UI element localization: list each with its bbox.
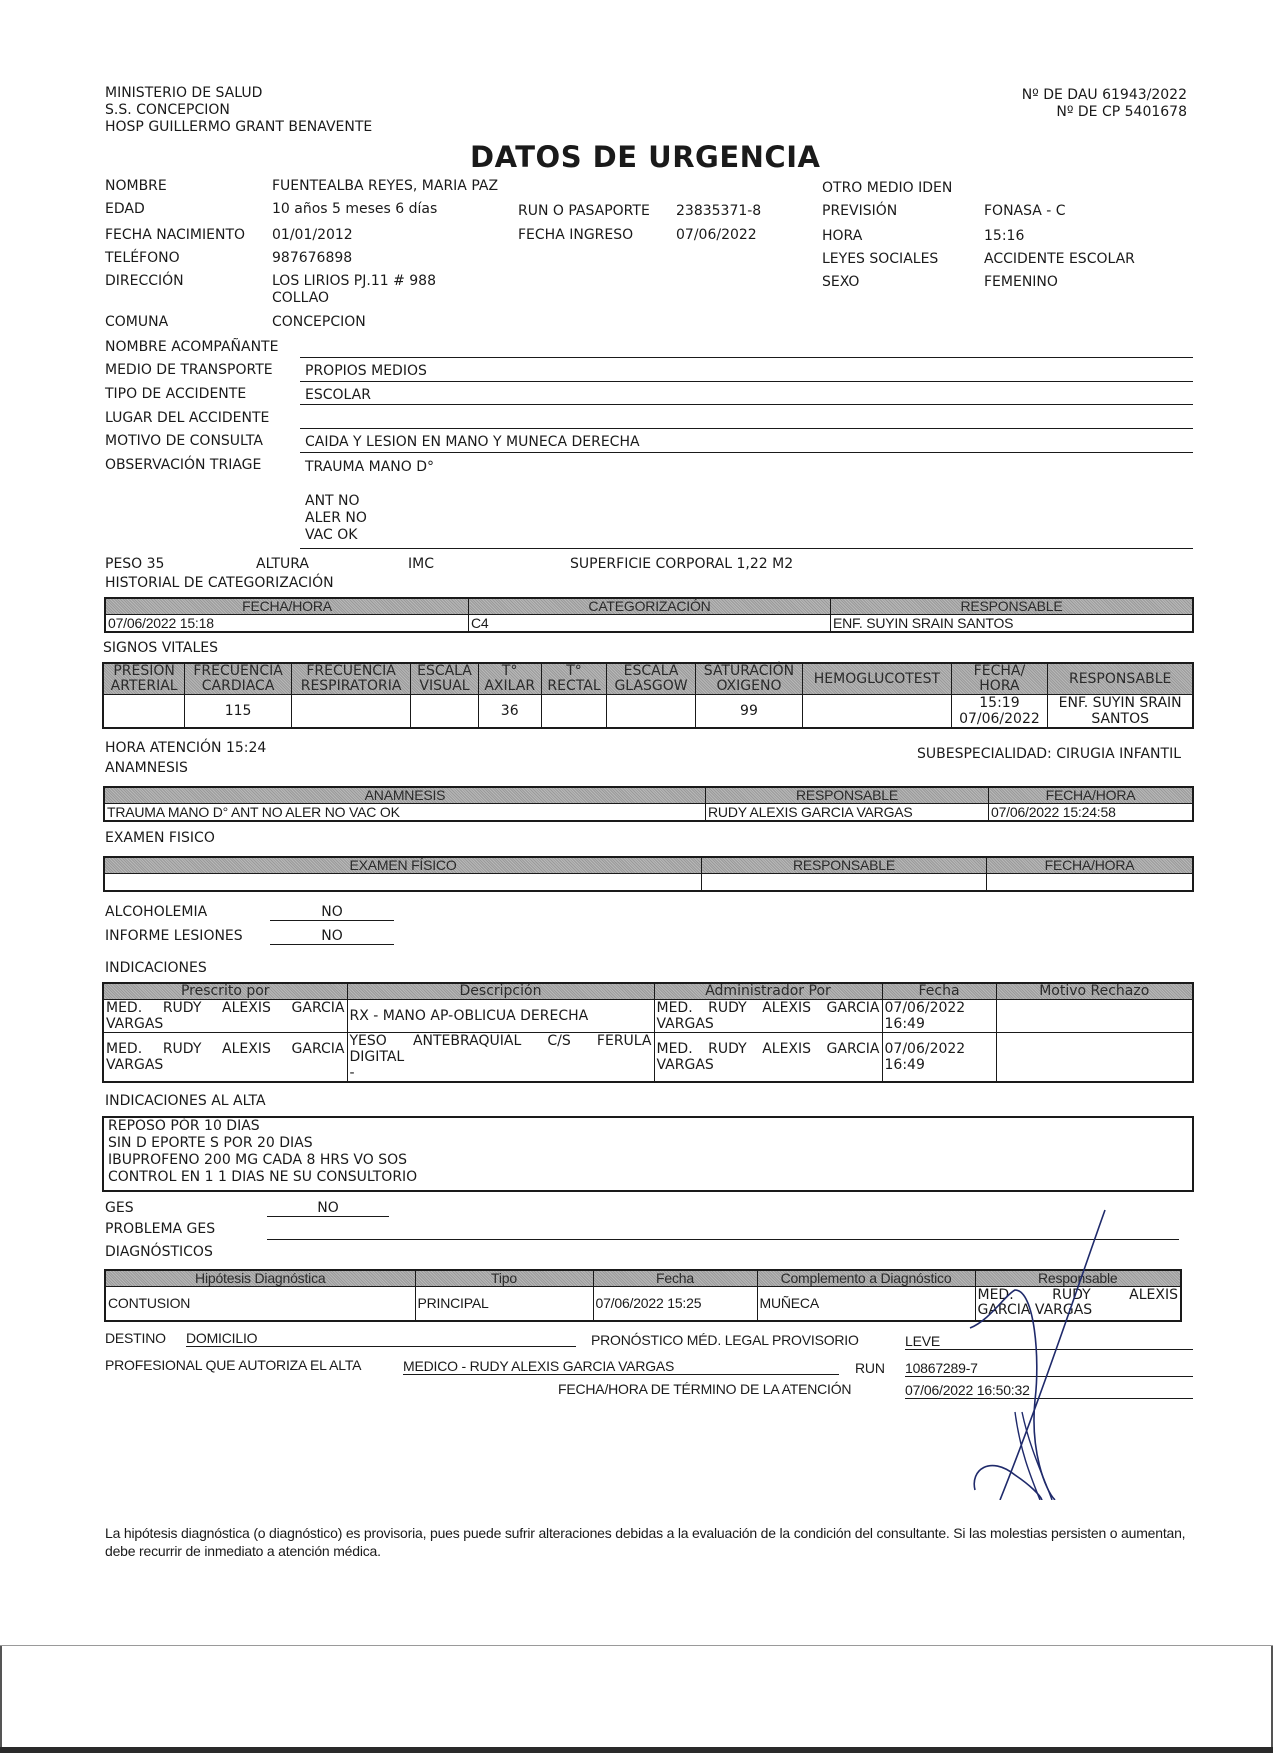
value-nombre: FUENTEALBA REYES, MARIA PAZ xyxy=(272,178,498,194)
vitals-cell xyxy=(541,695,607,729)
col-fecha: Fecha xyxy=(593,1270,757,1287)
vitals-col-header: RESPONSABLE xyxy=(1048,663,1193,695)
col-categorizacion: CATEGORIZACIÓN xyxy=(469,598,831,615)
ministry-name: MINISTERIO DE SALUD xyxy=(105,85,372,102)
document-numbers: Nº DE DAU 61943/2022 Nº DE CP 5401678 xyxy=(1022,87,1187,121)
examen-title: EXAMEN FISICO xyxy=(105,830,215,846)
disclaimer: La hipótesis diagnóstica (o diagnóstico)… xyxy=(105,1524,1190,1560)
value-triage: TRAUMA MANO D° ANT NO ALER NO VAC OK xyxy=(305,459,434,544)
value-hora: 15:16 xyxy=(984,228,1024,244)
label-telefono: TELÉFONO xyxy=(105,250,180,266)
transporte-line xyxy=(300,381,1193,382)
label-motivo: MOTIVO DE CONSULTA xyxy=(105,433,263,449)
cell-examen xyxy=(104,874,702,892)
diagnosticos-title: DIAGNÓSTICOS xyxy=(105,1244,213,1260)
col-descripcion: Descripción xyxy=(347,983,654,1000)
vitals-title: SIGNOS VITALES xyxy=(103,640,218,656)
alta-line: SIN D EPORTE S POR 20 DIAS xyxy=(108,1135,1188,1152)
vitals-col-header: ESCALAVISUAL xyxy=(411,663,479,695)
vitals-col-header: PRESIONARTERIAL xyxy=(103,663,185,695)
lugar-line xyxy=(300,428,1193,429)
col-fecha-hora: FECHA/HORA xyxy=(989,787,1194,804)
health-service-name: S.S. CONCEPCION xyxy=(105,102,372,119)
indicaciones-table: Prescrito por Descripción Administrador … xyxy=(102,982,1194,1083)
value-motivo: CAIDA Y LESION EN MANO Y MUNECA DERECHA xyxy=(305,434,640,450)
value-direccion: LOS LIRIOS PJ.11 # 988 COLLAO xyxy=(272,273,436,307)
cell-tipo: PRINCIPAL xyxy=(415,1287,593,1321)
motivo-line xyxy=(300,452,1193,453)
col-responsable: RESPONSABLE xyxy=(831,598,1194,615)
cell-categorizacion: C4 xyxy=(469,615,831,633)
vitals-col-header: ESCALAGLASGOW xyxy=(607,663,695,695)
label-profesional: PROFESIONAL QUE AUTORIZA EL ALTA xyxy=(105,1357,361,1373)
hora-atencion: HORA ATENCIÓN 15:24 xyxy=(105,740,266,756)
label-tipo-accidente: TIPO DE ACCIDENTE xyxy=(105,386,246,402)
value-comuna: CONCEPCION xyxy=(272,314,366,330)
indicaciones-title: INDICACIONES xyxy=(105,960,207,976)
vitals-cell: ENF. SUYIN SRAINSANTOS xyxy=(1048,695,1193,729)
vitals-cell: 99 xyxy=(695,695,803,729)
value-leyes-sociales: ACCIDENTE ESCOLAR xyxy=(984,251,1135,267)
vitals-cell: 36 xyxy=(478,695,541,729)
label-run: RUN O PASAPORTE xyxy=(518,203,650,219)
col-responsable: Responsable xyxy=(975,1270,1181,1287)
alta-line: CONTROL EN 1 1 DIAS NE SU CONSULTORIO xyxy=(108,1169,1188,1186)
value-informe-lesiones: NO xyxy=(270,928,394,945)
scan-left-edge xyxy=(0,1646,2,1747)
direccion-line-2: COLLAO xyxy=(272,290,436,307)
anamnesis-title: ANAMNESIS xyxy=(105,760,188,776)
table-row: MED. RUDY ALEXIS GARCIAVARGASYESO ANTEBR… xyxy=(103,1033,1193,1083)
indicaciones-cell: 07/06/202216:49 xyxy=(882,1000,996,1033)
label-hora: HORA xyxy=(822,228,862,244)
col-fecha-hora: FECHA/HORA xyxy=(105,598,469,615)
cell-hipotesis: CONTUSION xyxy=(105,1287,415,1321)
value-edad: 10 años 5 meses 6 días xyxy=(272,201,437,217)
cell-responsable: MED. RUDY ALEXISGARCIA VARGAS xyxy=(975,1287,1181,1321)
dau-number: Nº DE DAU 61943/2022 xyxy=(1022,87,1187,104)
col-prescrito-por: Prescrito por xyxy=(103,983,347,1000)
label-comuna: COMUNA xyxy=(105,314,168,330)
alta-lines: REPOSO PÓR 10 DIASSIN D EPORTE S POR 20 … xyxy=(104,1118,1192,1186)
col-hipotesis: Hipótesis Diagnóstica xyxy=(105,1270,415,1287)
label-leyes-sociales: LEYES SOCIALES xyxy=(822,251,938,267)
label-transporte: MEDIO DE TRANSPORTE xyxy=(105,362,273,378)
triage-line: TRAUMA MANO D° xyxy=(305,459,434,476)
value-alcoholemia: NO xyxy=(270,904,394,921)
label-sexo: SEXO xyxy=(822,274,859,290)
vitals-col-header: T°RECTAL xyxy=(541,663,607,695)
value-fecha-nacimiento: 01/01/2012 xyxy=(272,227,353,243)
triage-line: ANT NO xyxy=(305,493,434,510)
vitals-cell xyxy=(803,695,951,729)
label-informe-lesiones: INFORME LESIONES xyxy=(105,928,243,944)
scan-bottom-edge xyxy=(0,1747,1273,1753)
vitals-col-header: FECHA/HORA xyxy=(951,663,1048,695)
vitals-cell: 15:1907/06/2022 xyxy=(951,695,1048,729)
value-tipo-accidente: ESCOLAR xyxy=(305,387,371,403)
alta-line: IBUPROFENO 200 MG CADA 8 HRS VO SOS xyxy=(108,1152,1188,1169)
examen-table: EXAMEN FÍSICO RESPONSABLE FECHA/HORA xyxy=(103,856,1194,892)
vitals-cell: 115 xyxy=(185,695,292,729)
cell-responsable: RUDY ALEXIS GARCIA VARGAS xyxy=(706,804,989,822)
indicaciones-cell: MED. RUDY ALEXIS GARCIAVARGAS xyxy=(654,1000,882,1033)
page-title: DATOS DE URGENCIA xyxy=(470,140,820,174)
vitals-col-header: SATURACIÓNOXIGENO xyxy=(695,663,803,695)
vitals-cell xyxy=(411,695,479,729)
cell-anamnesis: TRAUMA MANO D° ANT NO ALER NO VAC OK xyxy=(104,804,706,822)
value-run-profesional: 10867289-7 xyxy=(905,1360,1193,1377)
triage-line xyxy=(305,476,434,493)
value-sexo: FEMENINO xyxy=(984,274,1058,290)
table-row xyxy=(104,874,1193,892)
institution-block: MINISTERIO DE SALUD S.S. CONCEPCION HOSP… xyxy=(105,85,372,136)
label-alcoholemia: ALCOHOLEMIA xyxy=(105,904,207,920)
diagnosticos-table: Hipótesis Diagnóstica Tipo Fecha Complem… xyxy=(104,1269,1182,1322)
cell-fecha-hora xyxy=(987,874,1194,892)
cell-complemento: MUÑECA xyxy=(757,1287,975,1321)
col-responsable: RESPONSABLE xyxy=(702,857,987,874)
value-transporte: PROPIOS MEDIOS xyxy=(305,363,427,379)
value-prevision: FONASA - C xyxy=(984,203,1066,219)
cell-fecha-hora: 07/06/2022 15:24:58 xyxy=(989,804,1194,822)
triage-line: VAC OK xyxy=(305,527,434,544)
cell-responsable: ENF. SUYIN SRAIN SANTOS xyxy=(831,615,1194,633)
indicaciones-cell xyxy=(996,1000,1193,1033)
indicaciones-cell: MED. RUDY ALEXIS GARCIAVARGAS xyxy=(103,1033,347,1083)
table-row: 115369915:1907/06/2022ENF. SUYIN SRAINSA… xyxy=(103,695,1193,729)
label-prevision: PREVISIÓN xyxy=(822,203,897,219)
value-profesional: MEDICO - RUDY ALEXIS GARCIA VARGAS xyxy=(403,1358,839,1375)
col-fecha-hora: FECHA/HORA xyxy=(987,857,1194,874)
label-acompanante: NOMBRE ACOMPAÑANTE xyxy=(105,339,278,355)
alta-box: REPOSO PÓR 10 DIASSIN D EPORTE S POR 20 … xyxy=(102,1116,1194,1192)
col-administrador-por: Administrador Por xyxy=(654,983,882,1000)
indicaciones-cell xyxy=(996,1033,1193,1083)
value-destino: DOMICILIO xyxy=(186,1330,576,1347)
cell-fecha: 07/06/2022 15:25 xyxy=(593,1287,757,1321)
hospital-name: HOSP GUILLERMO GRANT BENAVENTE xyxy=(105,119,372,136)
vitals-col-header: FRECUENCIACARDIACA xyxy=(185,663,292,695)
acompanante-line xyxy=(300,357,1193,358)
indicaciones-cell: RX - MANO AP-OBLICUA DERECHA xyxy=(347,1000,654,1033)
superficie-corporal: SUPERFICIE CORPORAL 1,22 M2 xyxy=(570,556,793,572)
vitals-col-header: HEMOGLUCOTEST xyxy=(803,663,951,695)
altura: ALTURA xyxy=(256,556,309,572)
categorization-table: FECHA/HORA CATEGORIZACIÓN RESPONSABLE 07… xyxy=(104,597,1194,633)
value-termino: 07/06/2022 16:50:32 xyxy=(905,1382,1193,1399)
table-row: MED. RUDY ALEXIS GARCIAVARGASRX - MANO A… xyxy=(103,1000,1193,1033)
label-problema-ges: PROBLEMA GES xyxy=(105,1221,215,1237)
indicaciones-cell: MED. RUDY ALEXIS GARCIAVARGAS xyxy=(654,1033,882,1083)
table-row: 07/06/2022 15:18 C4 ENF. SUYIN SRAIN SAN… xyxy=(105,615,1193,633)
triage-line: ALER NO xyxy=(305,510,434,527)
problema-ges-line xyxy=(267,1239,1179,1240)
label-pronostico: PRONÓSTICO MÉD. LEGAL PROVISORIO xyxy=(591,1332,859,1348)
label-triage: OBSERVACIÓN TRIAGE xyxy=(105,457,261,473)
anamnesis-table: ANAMNESIS RESPONSABLE FECHA/HORA TRAUMA … xyxy=(103,786,1194,822)
indicaciones-cell: 07/06/202216:49 xyxy=(882,1033,996,1083)
tipo-accidente-line xyxy=(300,404,1193,405)
col-motivo-rechazo: Motivo Rechazo xyxy=(996,983,1193,1000)
label-fecha-nacimiento: FECHA NACIMIENTO xyxy=(105,227,245,243)
label-nombre: NOMBRE xyxy=(105,178,167,194)
value-ges: NO xyxy=(267,1200,389,1217)
label-lugar: LUGAR DEL ACCIDENTE xyxy=(105,410,269,426)
col-responsable: RESPONSABLE xyxy=(706,787,989,804)
categorization-title: HISTORIAL DE CATEGORIZACIÓN xyxy=(105,575,334,591)
label-direccion: DIRECCIÓN xyxy=(105,273,184,289)
label-fecha-ingreso: FECHA INGRESO xyxy=(518,227,633,243)
col-examen: EXAMEN FÍSICO xyxy=(104,857,702,874)
direccion-line-1: LOS LIRIOS PJ.11 # 988 xyxy=(272,273,436,290)
label-otro-medio: OTRO MEDIO IDEN xyxy=(822,180,952,196)
subespecialidad: SUBESPECIALIDAD: CIRUGIA INFANTIL xyxy=(917,746,1181,762)
cp-number: Nº DE CP 5401678 xyxy=(1022,104,1187,121)
vitals-col-header: FRECUENCIARESPIRATORIA xyxy=(291,663,410,695)
table-row: TRAUMA MANO D° ANT NO ALER NO VAC OK RUD… xyxy=(104,804,1193,822)
col-complemento: Complemento a Diagnóstico xyxy=(757,1270,975,1287)
cell-fecha-hora: 07/06/2022 15:18 xyxy=(105,615,469,633)
vitals-table: PRESIONARTERIALFRECUENCIACARDIACAFRECUEN… xyxy=(102,662,1194,729)
cell-responsable xyxy=(702,874,987,892)
col-tipo: Tipo xyxy=(415,1270,593,1287)
vitals-cell xyxy=(607,695,695,729)
triage-line-underline xyxy=(300,548,1193,549)
value-run: 23835371-8 xyxy=(676,203,761,219)
value-fecha-ingreso: 07/06/2022 xyxy=(676,227,757,243)
peso: PESO 35 xyxy=(105,556,164,572)
col-anamnesis: ANAMNESIS xyxy=(104,787,706,804)
label-run-profesional: RUN xyxy=(855,1360,885,1376)
label-destino: DESTINO xyxy=(105,1330,166,1346)
table-row: CONTUSION PRINCIPAL 07/06/2022 15:25 MUÑ… xyxy=(105,1287,1181,1321)
imc: IMC xyxy=(408,556,434,572)
label-termino: FECHA/HORA DE TÉRMINO DE LA ATENCIÓN xyxy=(558,1381,851,1397)
indicaciones-cell: MED. RUDY ALEXIS GARCIAVARGAS xyxy=(103,1000,347,1033)
alta-line: REPOSO PÓR 10 DIAS xyxy=(108,1118,1188,1135)
indicaciones-cell: YESO ANTEBRAQUIAL C/S FERULADIGITAL- xyxy=(347,1033,654,1083)
label-ges: GES xyxy=(105,1200,134,1216)
vitals-cell xyxy=(103,695,185,729)
vitals-col-header: T°AXILAR xyxy=(478,663,541,695)
value-pronostico: LEVE xyxy=(905,1333,1193,1350)
signature-icon xyxy=(960,1200,1120,1500)
alta-title: INDICACIONES AL ALTA xyxy=(105,1093,266,1109)
value-telefono: 987676898 xyxy=(272,250,352,266)
vitals-cell xyxy=(291,695,410,729)
label-edad: EDAD xyxy=(105,201,145,217)
col-fecha: Fecha xyxy=(882,983,996,1000)
scan-fold-line xyxy=(0,1645,1273,1646)
